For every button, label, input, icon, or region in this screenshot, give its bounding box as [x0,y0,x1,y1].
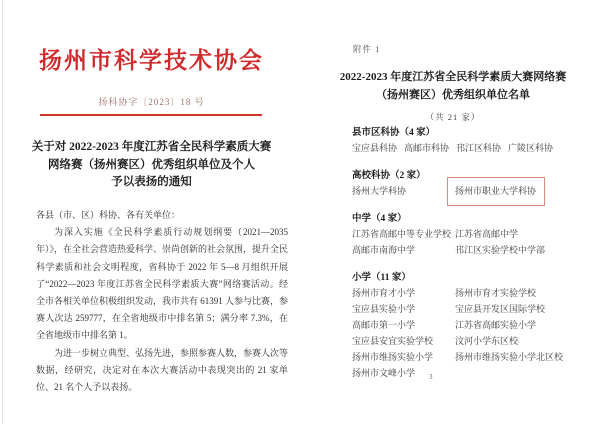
award-row: 高邮市第一小学 江苏省高邮实验小学 [352,317,587,333]
doc-title-line2: 网络赛（扬州赛区）优秀组织单位及个人 [10,157,293,175]
notice-page: 扬州市科学技术协会 扬科协字〔2023〕18 号 关于对 2022-2023 年… [0,0,303,424]
award-item: 扬州大学科协 [352,183,455,199]
award-item: 江苏省高邮实验小学 [455,317,587,333]
award-item [455,365,587,381]
section-university-associations: 高校科协（2 家） 扬州大学科协 扬州市职业大学科协 [352,169,587,199]
doc-body: 各县（市、区）科协、各有关单位： 为深入实施《全民科学素质行动规划纲要（2021… [36,207,288,396]
award-item: 扬州市维扬实验小学 [352,349,455,365]
award-item: 宝应县实验小学 [352,301,455,317]
award-item: 高邮市南海中学 [352,242,455,258]
award-row: 宝应县科协 高邮市科协 邗江区科协 广陵区科协 [352,140,587,156]
section-primary-schools: 小学（11 家） 扬州市育才小学 扬州市育才实验学校 宝应县实验小学 宝应县开发… [352,271,587,381]
org-title: 扬州市科学技术协会 [0,42,303,75]
award-item: 江苏省高邮中学 [455,226,587,242]
award-item: 扬州市育才实验学校 [455,285,587,301]
page-number: 3 [429,373,433,381]
award-item-highlighted: 扬州市职业大学科协 [455,183,587,199]
award-item: 扬州市育才小学 [352,285,455,301]
award-sections: 县市区科协（4 家） 宝应县科协 高邮市科协 邗江区科协 广陵区科协 高校科协（… [352,126,587,394]
award-item: 宝应县安宜实验学校 [352,333,455,349]
award-row: 扬州市育才小学 扬州市育才实验学校 [352,285,587,301]
doc-title-line1: 关于对 2022-2023 年度江苏省全民科学素质大赛 [10,139,293,157]
award-item: 扬州市维扬实验小学北区校 [455,349,587,365]
award-row: 宝应县安宜实验学校 汶河小学东区校 [352,333,587,349]
attachment-label: 附件 1 [353,43,380,55]
section-county-associations: 县市区科协（4 家） 宝应县科协 高邮市科协 邗江区科协 广陵区科协 [352,126,587,156]
attachment-title: 2022-2023 年度江苏省全民科学素质大赛网络赛 （扬州赛区）优秀组织单位名… [331,68,575,104]
doc-title-line3: 予以表扬的通知 [10,174,293,192]
attachment-total-count: （共 21 家） [331,111,575,123]
award-row: 宝应县实验小学 宝应县开发区国际学校 [352,301,587,317]
attachment-title-line2: （扬州赛区）优秀组织单位名单 [331,86,575,104]
body-paragraph-2: 为进一步树立典型、弘扬先进，参照参赛人数，参赛人次等数据，经研究，决定对在本次大… [36,345,288,397]
doc-number: 扬科协字〔2023〕18 号 [0,95,303,108]
section-middle-schools: 中学（4 家） 江苏省高邮中等专业学校 江苏省高邮中学 高邮市南海中学 邗江区实… [352,212,587,258]
section-header: 中学（4 家） [352,212,587,226]
award-item: 扬州市文峰小学 [352,365,455,381]
award-item: 广陵区科协 [508,140,553,156]
award-item: 宝应县开发区国际学校 [455,301,587,317]
award-row: 扬州市维扬实验小学 扬州市维扬实验小学北区校 [352,349,587,365]
doc-title: 关于对 2022-2023 年度江苏省全民科学素质大赛 网络赛（扬州赛区）优秀组… [10,139,293,192]
award-row: 扬州市文峰小学 [352,365,587,381]
body-paragraph-1: 为深入实施《全民科学素质行动规划纲要（2021—2035 年）》，在全社会营造热… [36,224,288,344]
award-row: 高邮市南海中学 邗江区实验学校中学部 [352,242,587,258]
section-header: 县市区科协（4 家） [352,126,587,140]
award-item: 江苏省高邮中等专业学校 [352,226,455,242]
award-item: 宝应县科协 [352,140,397,156]
attachment-page: 附件 1 2022-2023 年度江苏省全民科学素质大赛网络赛 （扬州赛区）优秀… [303,0,599,424]
award-item: 高邮市科协 [404,140,449,156]
salutation: 各县（市、区）科协、各有关单位： [36,207,288,224]
award-item: 高邮市第一小学 [352,317,455,333]
attachment-title-line1: 2022-2023 年度江苏省全民科学素质大赛网络赛 [331,68,575,86]
award-row: 江苏省高邮中等专业学校 江苏省高邮中学 [352,226,587,242]
award-item: 汶河小学东区校 [455,333,587,349]
section-header: 小学（11 家） [352,271,587,285]
red-rule-divider [40,114,262,116]
award-row: 扬州大学科协 扬州市职业大学科协 [352,183,587,199]
award-item: 邗江区实验学校中学部 [455,242,587,258]
award-item: 邗江区科协 [456,140,501,156]
red-highlight-box: 扬州市职业大学科协 [447,177,545,206]
